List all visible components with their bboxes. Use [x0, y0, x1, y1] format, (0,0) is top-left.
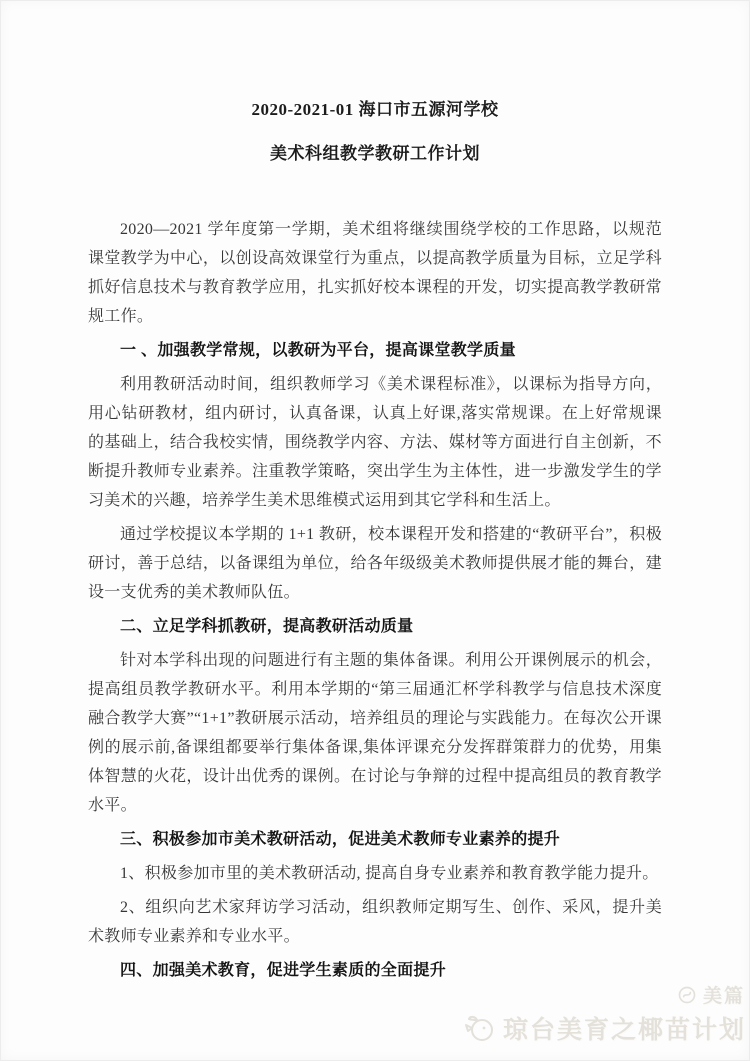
intro-paragraph: 2020—2021 学年度第一学期，美术组将继续围绕学校的工作思路，以规范课堂教… [88, 215, 662, 331]
document-content: 2020-2021-01 海口市五源河学校 美术科组教学教研工作计划 2020—… [0, 0, 750, 985]
section-3-item-1: 1、积极参加市里的美术教研活动, 提高自身专业素养和教育教学能力提升。 [88, 859, 662, 888]
document-page: 2020-2021-01 海口市五源河学校 美术科组教学教研工作计划 2020—… [0, 0, 750, 1061]
section-3-heading: 三、积极参加市美术教研活动，促进美术教师专业素养的提升 [88, 825, 662, 854]
meipian-watermark: 美篇 [677, 981, 745, 1008]
section-4-heading: 四、加强美术教育，促进学生素质的全面提升 [88, 956, 662, 985]
campaign-watermark-label: 琼台美育之椰苗计划 [503, 1010, 746, 1046]
meipian-watermark-label: 美篇 [703, 981, 745, 1008]
section-2-paragraph-1: 针对本学科出现的问题进行有主题的集体备课。利用公开课例展示的机会，提高组员教学教… [88, 646, 662, 820]
section-2-heading: 二、立足学科抓教研，提高教研活动质量 [88, 612, 662, 641]
document-title-line-1: 2020-2021-01 海口市五源河学校 [88, 100, 662, 119]
campaign-watermark: 琼台美育之椰苗计划 [463, 1010, 746, 1046]
document-title-line-2: 美术科组教学教研工作计划 [88, 144, 662, 163]
section-1-paragraph-1: 利用教研活动时间，组织教师学习《美术课程标准》，以课标为指导方向，用心钻研教材，… [88, 370, 662, 515]
section-3-item-2: 2、组织向艺术家拜访学习活动，组织教师定期写生、创作、采风，提升美术教师专业素养… [88, 893, 662, 951]
section-1-heading: 一 、加强教学常规，以教研为平台，提高课堂教学质量 [88, 336, 662, 365]
section-1-paragraph-2: 通过学校提议本学期的 1+1 教研，校本课程开发和搭建的“教研平台”，积极研讨，… [88, 520, 662, 607]
coconut-seedling-icon [463, 1013, 497, 1043]
meipian-swirl-icon [677, 985, 697, 1005]
